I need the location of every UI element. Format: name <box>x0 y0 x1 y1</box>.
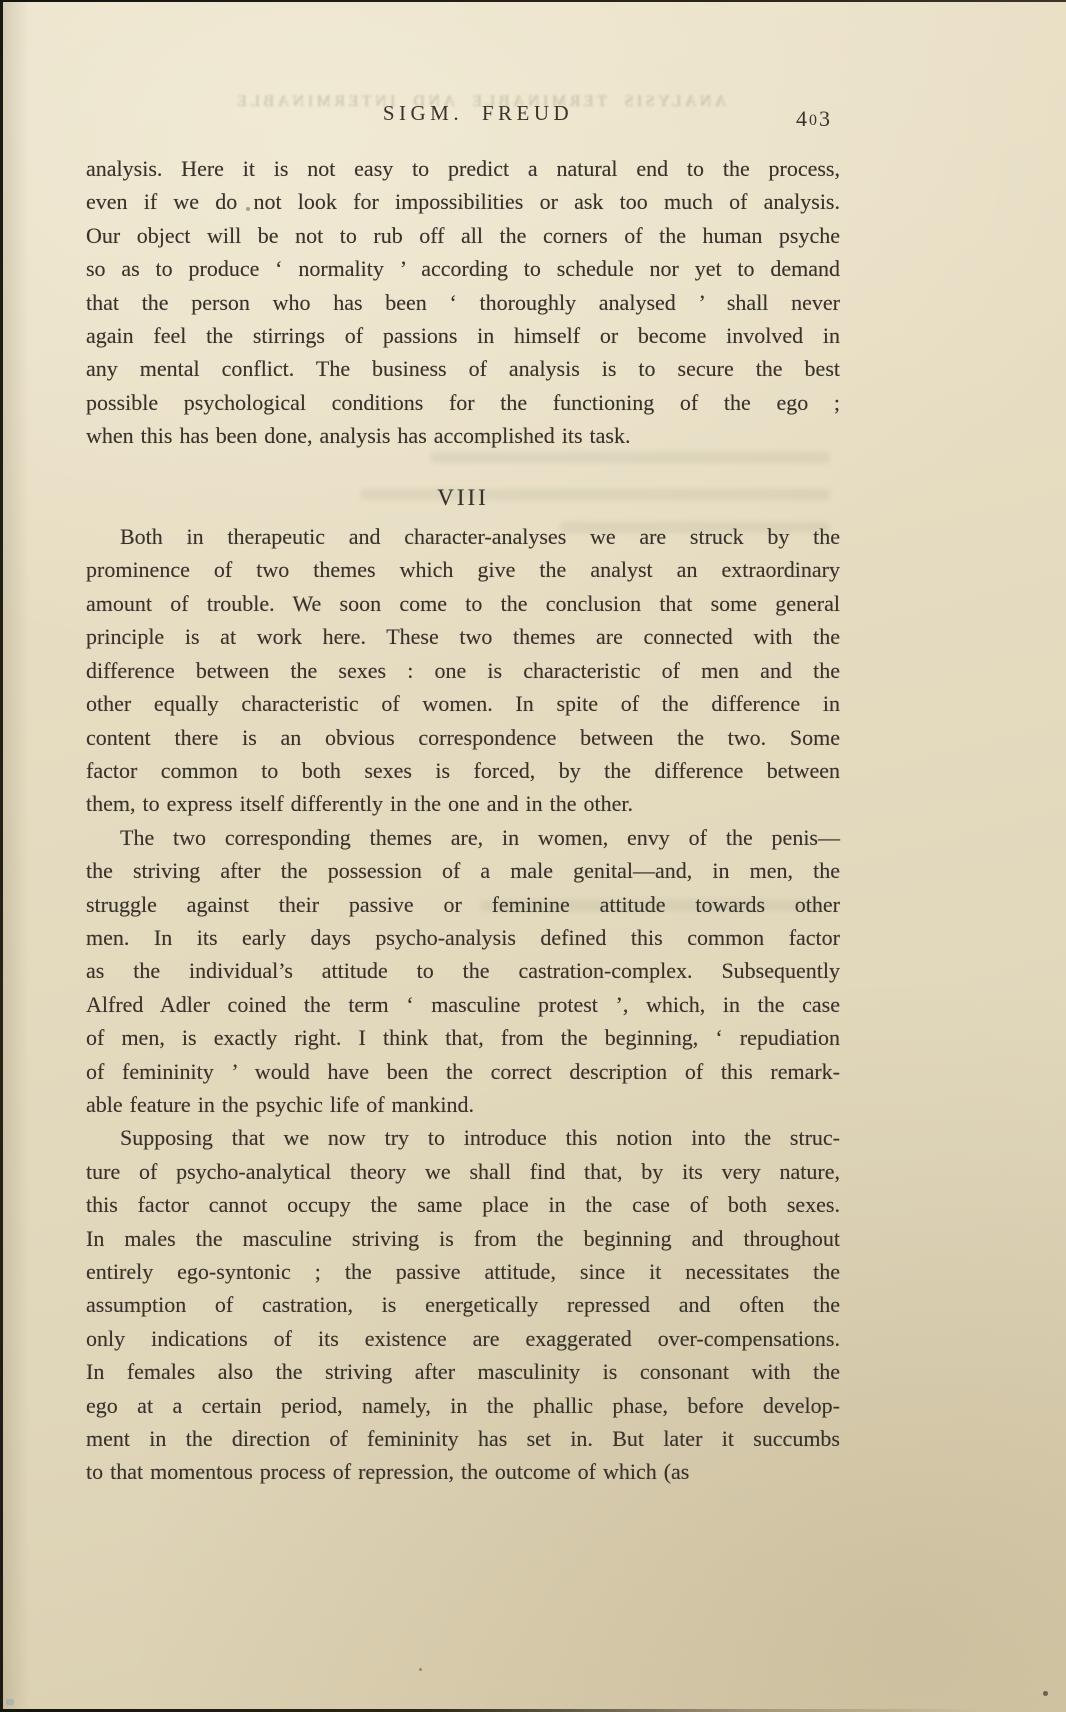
page-number: 403 <box>796 106 844 132</box>
text-line: Our object will be not to rub off all th… <box>86 219 840 252</box>
text-line: assumption of castration, is energetical… <box>86 1288 840 1321</box>
text-line: struggle against their passive or femini… <box>86 888 840 921</box>
text-line: as the individual’s attitude to the cast… <box>86 954 840 987</box>
text-line: them, to express itself differently in t… <box>86 787 840 820</box>
scan-speck <box>1043 1691 1048 1696</box>
text-line: ment in the direction of femininity has … <box>86 1422 840 1455</box>
text-line: men. In its early days psycho-analysis d… <box>86 921 840 954</box>
text-line: In females also the striving after mascu… <box>86 1355 840 1388</box>
text-line: when this has been done, analysis has ac… <box>86 419 840 452</box>
scan-speck <box>6 1699 14 1705</box>
page-number-digit: 3 <box>819 106 832 131</box>
text-line: analysis. Here it is not easy to predict… <box>86 152 840 185</box>
text-line: ego at a certain period, namely, in the … <box>86 1389 840 1422</box>
paragraph: Both in therapeutic and character-analys… <box>86 520 840 821</box>
page-number-digit: 4 <box>796 106 809 131</box>
text-line: to that momentous process of repression,… <box>86 1455 840 1488</box>
text-line: any mental conflict. The business of ana… <box>86 352 840 385</box>
text-line: so as to produce ‘ normality ’ according… <box>86 252 840 285</box>
text-line: again feel the stirrings of passions in … <box>86 319 840 352</box>
text-line: only indications of its existence are ex… <box>86 1322 840 1355</box>
section-heading: VIII <box>86 481 840 514</box>
text-line: Supposing that we now try to introduce t… <box>86 1121 840 1154</box>
text-line: other equally characteristic of women. I… <box>86 687 840 720</box>
text-line: The two corresponding themes are, in wom… <box>86 821 840 854</box>
text-line: the striving after the possession of a m… <box>86 854 840 887</box>
text-line: difference between the sexes : one is ch… <box>86 654 840 687</box>
text-line: Both in therapeutic and character-analys… <box>86 520 840 553</box>
text-line: principle is at work here. These two the… <box>86 620 840 653</box>
text-line: factor common to both sexes is forced, b… <box>86 754 840 787</box>
text-line: of femininity ’ would have been the corr… <box>86 1055 840 1088</box>
text-line: this factor cannot occupy the same place… <box>86 1188 840 1221</box>
text-line: amount of trouble. We soon come to the c… <box>86 587 840 620</box>
text-line: that the person who has been ‘ thoroughl… <box>86 286 840 319</box>
text-line: entirely ego-syntonic ; the passive atti… <box>86 1255 840 1288</box>
text-line: able feature in the psychic life of mank… <box>86 1088 840 1121</box>
scan-edge-left <box>0 0 3 1712</box>
text-line: of men, is exactly right. I think that, … <box>86 1021 840 1054</box>
scan-speck <box>419 1668 422 1671</box>
scan-shadow-left <box>3 0 29 1712</box>
scan-edge-top <box>0 0 1066 2</box>
paragraph: Supposing that we now try to introduce t… <box>86 1121 840 1488</box>
text-line: Alfred Adler coined the term ‘ masculine… <box>86 988 840 1021</box>
page-number-digit: 0 <box>809 112 819 129</box>
text-line: prominence of two themes which give the … <box>86 553 840 586</box>
text-line: content there is an obvious corresponden… <box>86 721 840 754</box>
text-line: ture of psycho-analytical theory we shal… <box>86 1155 840 1188</box>
body-text: analysis. Here it is not easy to predict… <box>86 152 840 1489</box>
paragraph: The two corresponding themes are, in wom… <box>86 821 840 1122</box>
running-title: SIGM. FREUD <box>86 101 840 126</box>
paragraph: analysis. Here it is not easy to predict… <box>86 152 840 453</box>
scan-speck <box>246 207 250 211</box>
text-line: even if we do not look for impossibiliti… <box>86 185 840 218</box>
text-line: In males the masculine striving is from … <box>86 1222 840 1255</box>
text-line: possible psychological conditions for th… <box>86 386 840 419</box>
book-page-scan: ANALYSIS TERMINABLE AND INTERMINABLE SIG… <box>0 0 1066 1712</box>
